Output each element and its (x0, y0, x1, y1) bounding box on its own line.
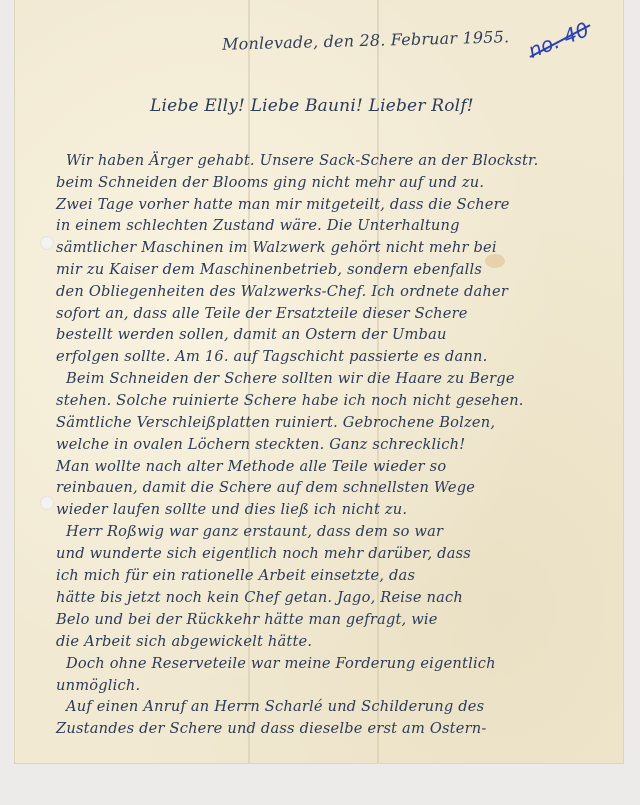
letter-line: in einem schlechten Zustand wäre. Die Un… (56, 217, 460, 234)
letter-line: sofort an, dass alle Teile der Ersatztei… (56, 305, 468, 322)
letter-line: hätte bis jetzt noch kein Chef getan. Ja… (56, 589, 463, 606)
punch-hole (40, 496, 54, 510)
letter-line: Wir haben Ärger gehabt. Unsere Sack-Sche… (66, 152, 538, 169)
letter-line: unmöglich. (56, 677, 140, 694)
letter-line: stehen. Solche ruinierte Schere habe ich… (56, 392, 524, 409)
letter-line: und wunderte sich eigentlich noch mehr d… (56, 545, 471, 562)
salutation: Liebe Elly! Liebe Bauni! Lieber Rolf! (150, 96, 474, 116)
letter-line: die Arbeit sich abgewickelt hätte. (56, 633, 312, 650)
letter-line: Doch ohne Reserveteile war meine Forderu… (66, 655, 496, 672)
letter-line: Beim Schneiden der Schere sollten wir di… (66, 370, 515, 387)
letter-line: den Obliegenheiten des Walzwerks-Chef. I… (56, 283, 508, 300)
letter-line: sämtlicher Maschinen im Walzwerk gehört … (56, 239, 497, 256)
letter-line: Zwei Tage vorher hatte man mir mitgeteil… (56, 196, 510, 213)
letter-line: bestellt werden sollen, damit an Ostern … (56, 326, 447, 343)
letter-line: welche in ovalen Löchern steckten. Ganz … (56, 436, 465, 453)
letter-line: reinbauen, damit die Schere auf dem schn… (56, 479, 475, 496)
letter-line: mir zu Kaiser dem Maschinenbetrieb, sond… (56, 261, 482, 278)
letter-line: ich mich für ein rationelle Arbeit einse… (56, 567, 415, 584)
letter-line: Zustandes der Schere und dass dieselbe e… (56, 720, 487, 737)
letter-line: beim Schneiden der Blooms ging nicht meh… (56, 174, 484, 191)
letter-line: erfolgen sollte. Am 16. auf Tagschicht p… (56, 348, 487, 365)
letter-line: Herr Roßwig war ganz erstaunt, dass dem … (66, 523, 443, 540)
letter-line: Auf einen Anruf an Herrn Scharlé und Sch… (66, 698, 484, 715)
letter-line: Belo und bei der Rückkehr hätte man gefr… (56, 611, 438, 628)
letter-line: Sämtliche Verschleißplatten ruiniert. Ge… (56, 414, 495, 431)
letter-line: wieder laufen sollte und dies ließ ich n… (56, 501, 407, 518)
letter-line: Man wollte nach alter Methode alle Teile… (56, 458, 446, 475)
paper-stain (485, 254, 505, 268)
punch-hole (40, 236, 54, 250)
